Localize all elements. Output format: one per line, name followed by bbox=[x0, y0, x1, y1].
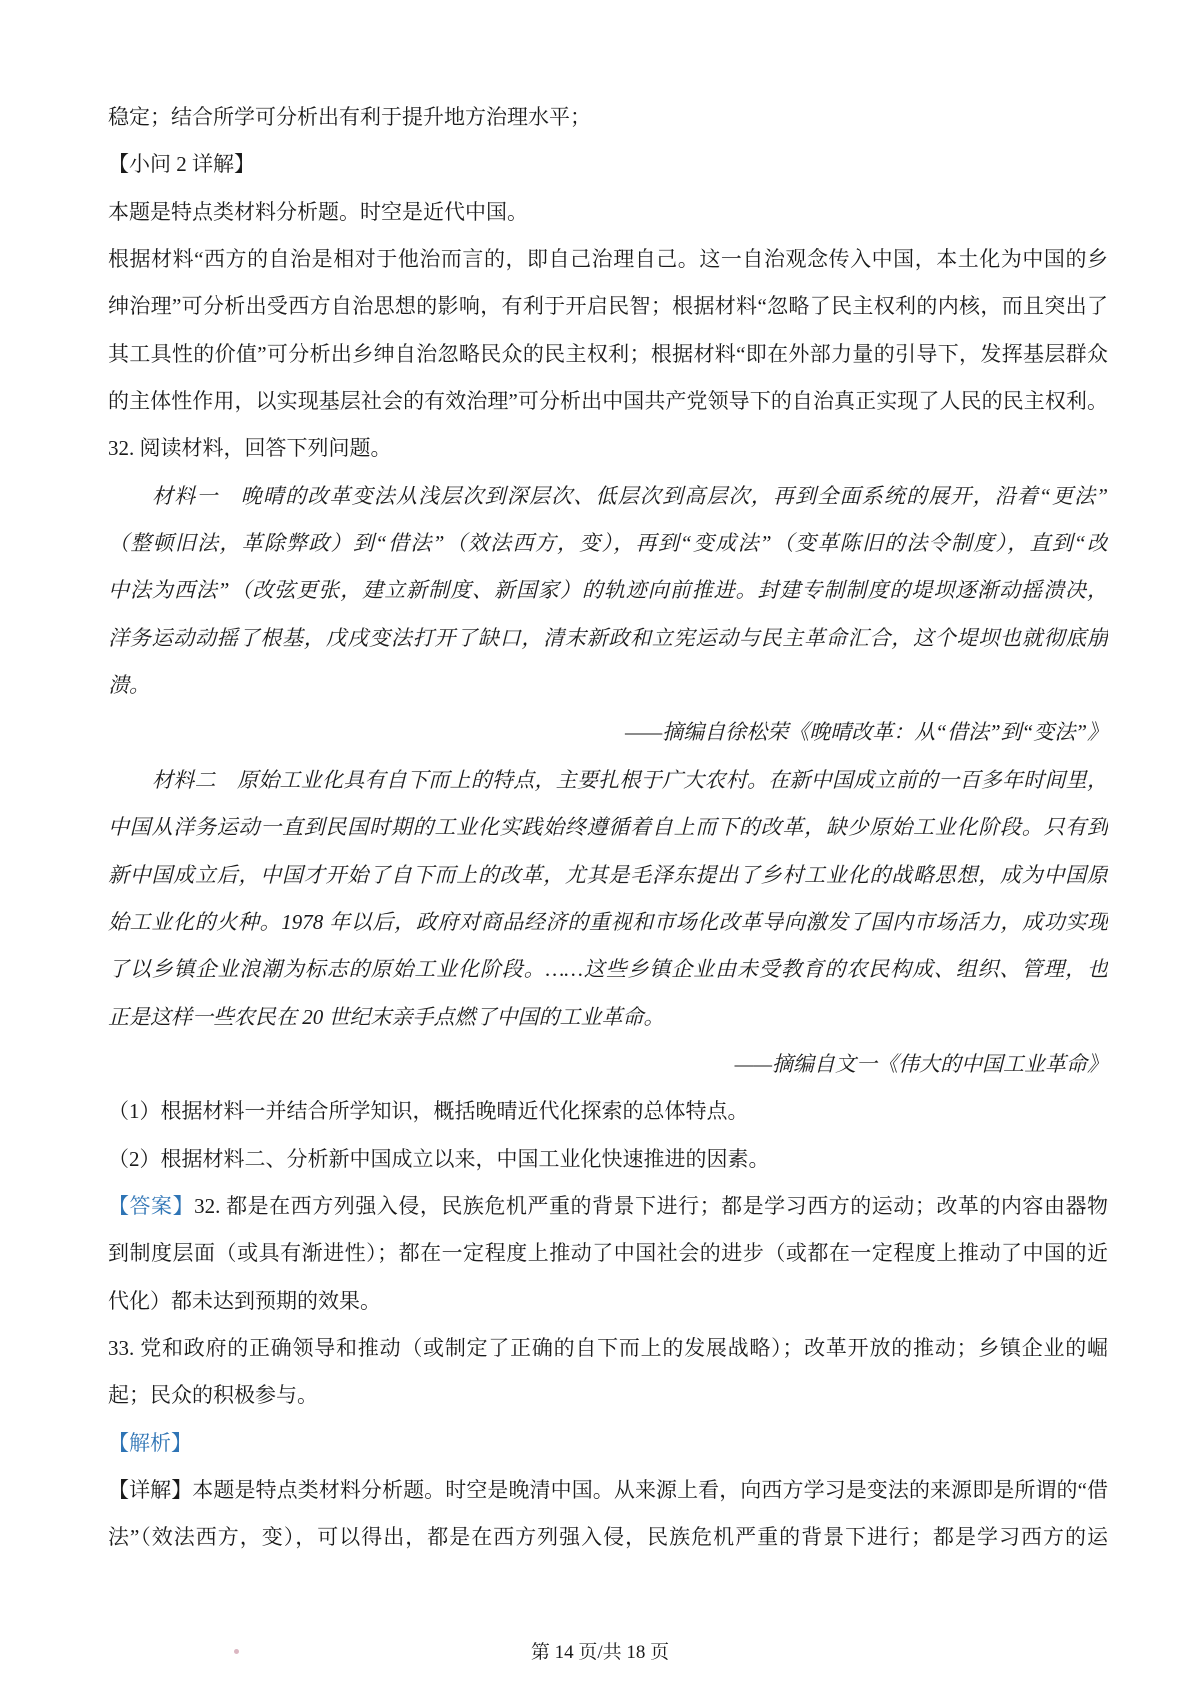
document-line: 材料二 原始工业化具有自下而上的特点，主要扎根于广大农村。在新中国成立前的一百多… bbox=[108, 757, 1108, 804]
line-text: 材料一 晚晴的改革变法从浅层次到深层次、低层次到高层次，再到全面系统的展开，沿着… bbox=[152, 484, 1108, 508]
document-line: 中法为西法”（改弦更张，建立新制度、新国家）的轨迹向前推进。封建专制制度的堤坝逐… bbox=[108, 567, 1108, 614]
line-text: 起；民众的积极参与。 bbox=[108, 1383, 318, 1407]
document-line: （整顿旧法，革除弊政）到“借法”（效法西方，变），再到“变成法”（变革陈旧的法令… bbox=[108, 520, 1108, 567]
line-text: 根据材料“西方的自治是相对于他治而言的，即自己治理自己。这一自治观念传入中国，本… bbox=[108, 247, 1108, 271]
document-line: 材料一 晚晴的改革变法从浅层次到深层次、低层次到高层次，再到全面系统的展开，沿着… bbox=[108, 473, 1108, 520]
page-number: 第 14 页/共 18 页 bbox=[531, 1642, 669, 1663]
line-text: 到制度层面（或具有渐进性）；都在一定程度上推动了中国社会的进步（或都在一定程度上… bbox=[108, 1241, 1108, 1265]
line-text: 【小问 2 详解】 bbox=[108, 152, 255, 176]
line-text: 中国从洋务运动一直到民国时期的工业化实践始终遵循着自上而下的改革，缺少原始工业化… bbox=[108, 815, 1108, 839]
line-text: 稳定；结合所学可分析出有利于提升地方治理水平； bbox=[108, 105, 591, 129]
document-line: （2）根据材料二、分析新中国成立以来，中国工业化快速推进的因素。 bbox=[108, 1136, 1108, 1183]
document-line: 新中国成立后，中国才开始了自下而上的改革，尤其是毛泽东提出了乡村工业化的战略思想… bbox=[108, 852, 1108, 899]
line-text: （1）根据材料一并结合所学知识，概括晚晴近代化探索的总体特点。 bbox=[108, 1099, 749, 1123]
line-text: 材料二 原始工业化具有自下而上的特点，主要扎根于广大农村。在新中国成立前的一百多… bbox=[152, 768, 1108, 792]
document-line: 始工业化的火种。1978 年以后，政府对商品经济的重视和市场化改革导向激发了国内… bbox=[108, 899, 1108, 946]
document-line: 32. 阅读材料，回答下列问题。 bbox=[108, 425, 1108, 472]
line-text: 32. 阅读材料，回答下列问题。 bbox=[108, 436, 392, 460]
line-text: 【详解】本题是特点类材料分析题。时空是晚清中国。从来源上看，向西方学习是变法的来… bbox=[108, 1478, 1108, 1502]
document-line: 本题是特点类材料分析题。时空是近代中国。 bbox=[108, 189, 1108, 236]
line-text: 始工业化的火种。1978 年以后，政府对商品经济的重视和市场化改革导向激发了国内… bbox=[108, 910, 1108, 934]
line-text: 绅治理”可分析出受西方自治思想的影响，有利于开启民智；根据材料“忽略了民主权利的… bbox=[108, 294, 1108, 318]
line-text: （整顿旧法，革除弊政）到“借法”（效法西方，变），再到“变成法”（变革陈旧的法令… bbox=[108, 531, 1108, 555]
document-line: 溃。 bbox=[108, 662, 1108, 709]
document-line: 【小问 2 详解】 bbox=[108, 141, 1108, 188]
line-text: 中法为西法”（改弦更张，建立新制度、新国家）的轨迹向前推进。封建专制制度的堤坝逐… bbox=[108, 578, 1108, 602]
line-text: 的主体性作用，以实现基层社会的有效治理”可分析出中国共产党领导下的自治真正实现了… bbox=[108, 389, 1108, 413]
document-line: 代化）都未达到预期的效果。 bbox=[108, 1278, 1108, 1325]
document-line: 【答案】32. 都是在西方列强入侵，民族危机严重的背景下进行；都是学习西方的运动… bbox=[108, 1183, 1108, 1230]
document-line: 【详解】本题是特点类材料分析题。时空是晚清中国。从来源上看，向西方学习是变法的来… bbox=[108, 1467, 1108, 1514]
line-text: 溃。 bbox=[108, 673, 150, 697]
line-text: 其工具性的价值”可分析出乡绅自治忽略民众的民主权利；根据材料“即在外部力量的引导… bbox=[108, 342, 1108, 366]
document-line: （1）根据材料一并结合所学知识，概括晚晴近代化探索的总体特点。 bbox=[108, 1088, 1108, 1135]
document-line: 正是这样一些农民在 20 世纪末亲手点燃了中国的工业革命。 bbox=[108, 994, 1108, 1041]
document-line: 的主体性作用，以实现基层社会的有效治理”可分析出中国共产党领导下的自治真正实现了… bbox=[108, 378, 1108, 425]
document-line: 法”（效法西方，变），可以得出，都是在西方列强入侵，民族危机严重的背景下进行；都… bbox=[108, 1514, 1108, 1561]
document-line: 起；民众的积极参与。 bbox=[108, 1372, 1108, 1419]
document-page: 稳定；结合所学可分析出有利于提升地方治理水平；【小问 2 详解】本题是特点类材料… bbox=[0, 0, 1200, 1698]
document-line: ——摘编自文一《伟大的中国工业革命》 bbox=[108, 1041, 1108, 1088]
document-line: 洋务运动动摇了根基，戊戌变法打开了缺口，清末新政和立宪运动与民主革命汇合，这个堤… bbox=[108, 615, 1108, 662]
document-line: 【解析】 bbox=[108, 1420, 1108, 1467]
line-text: （2）根据材料二、分析新中国成立以来，中国工业化快速推进的因素。 bbox=[108, 1147, 770, 1171]
document-line: 了以乡镇企业浪潮为标志的原始工业化阶段。……这些乡镇企业由未受教育的农民构成、组… bbox=[108, 946, 1108, 993]
line-text: 了以乡镇企业浪潮为标志的原始工业化阶段。……这些乡镇企业由未受教育的农民构成、组… bbox=[108, 957, 1108, 981]
line-text: 法”（效法西方，变），可以得出，都是在西方列强入侵，民族危机严重的背景下进行；都… bbox=[108, 1525, 1108, 1549]
line-text: ——摘编自文一《伟大的中国工业革命》 bbox=[735, 1052, 1108, 1076]
document-line: 到制度层面（或具有渐进性）；都在一定程度上推动了中国社会的进步（或都在一定程度上… bbox=[108, 1230, 1108, 1277]
document-line: 绅治理”可分析出受西方自治思想的影响，有利于开启民智；根据材料“忽略了民主权利的… bbox=[108, 283, 1108, 330]
line-text: 洋务运动动摇了根基，戊戌变法打开了缺口，清末新政和立宪运动与民主革命汇合，这个堤… bbox=[108, 626, 1108, 650]
line-text: 本题是特点类材料分析题。时空是近代中国。 bbox=[108, 200, 528, 224]
page-footer: 第 14 页/共 18 页 bbox=[0, 1640, 1200, 1666]
document-line: 稳定；结合所学可分析出有利于提升地方治理水平； bbox=[108, 94, 1108, 141]
line-text: 33. 党和政府的正确领导和推动（或制定了正确的自下而上的发展战略）；改革开放的… bbox=[108, 1336, 1108, 1360]
section-label: 【解析】 bbox=[108, 1431, 192, 1455]
document-body: 稳定；结合所学可分析出有利于提升地方治理水平；【小问 2 详解】本题是特点类材料… bbox=[108, 94, 1108, 1562]
document-line: 其工具性的价值”可分析出乡绅自治忽略民众的民主权利；根据材料“即在外部力量的引导… bbox=[108, 331, 1108, 378]
line-text: 代化）都未达到预期的效果。 bbox=[108, 1289, 381, 1313]
line-text: 32. 都是在西方列强入侵，民族危机严重的背景下进行；都是学习西方的运动；改革的… bbox=[194, 1194, 1108, 1218]
line-text: 新中国成立后，中国才开始了自下而上的改革，尤其是毛泽东提出了乡村工业化的战略思想… bbox=[108, 863, 1108, 887]
document-line: 33. 党和政府的正确领导和推动（或制定了正确的自下而上的发展战略）；改革开放的… bbox=[108, 1325, 1108, 1372]
document-line: 根据材料“西方的自治是相对于他治而言的，即自己治理自己。这一自治观念传入中国，本… bbox=[108, 236, 1108, 283]
line-text: ——摘编自徐松荣《晚晴改革：从“借法”到“变法”》 bbox=[625, 720, 1108, 744]
section-label: 【答案】 bbox=[108, 1194, 194, 1218]
line-text: 正是这样一些农民在 20 世纪末亲手点燃了中国的工业革命。 bbox=[108, 1005, 665, 1029]
document-line: 中国从洋务运动一直到民国时期的工业化实践始终遵循着自上而下的改革，缺少原始工业化… bbox=[108, 804, 1108, 851]
document-line: ——摘编自徐松荣《晚晴改革：从“借法”到“变法”》 bbox=[108, 709, 1108, 756]
